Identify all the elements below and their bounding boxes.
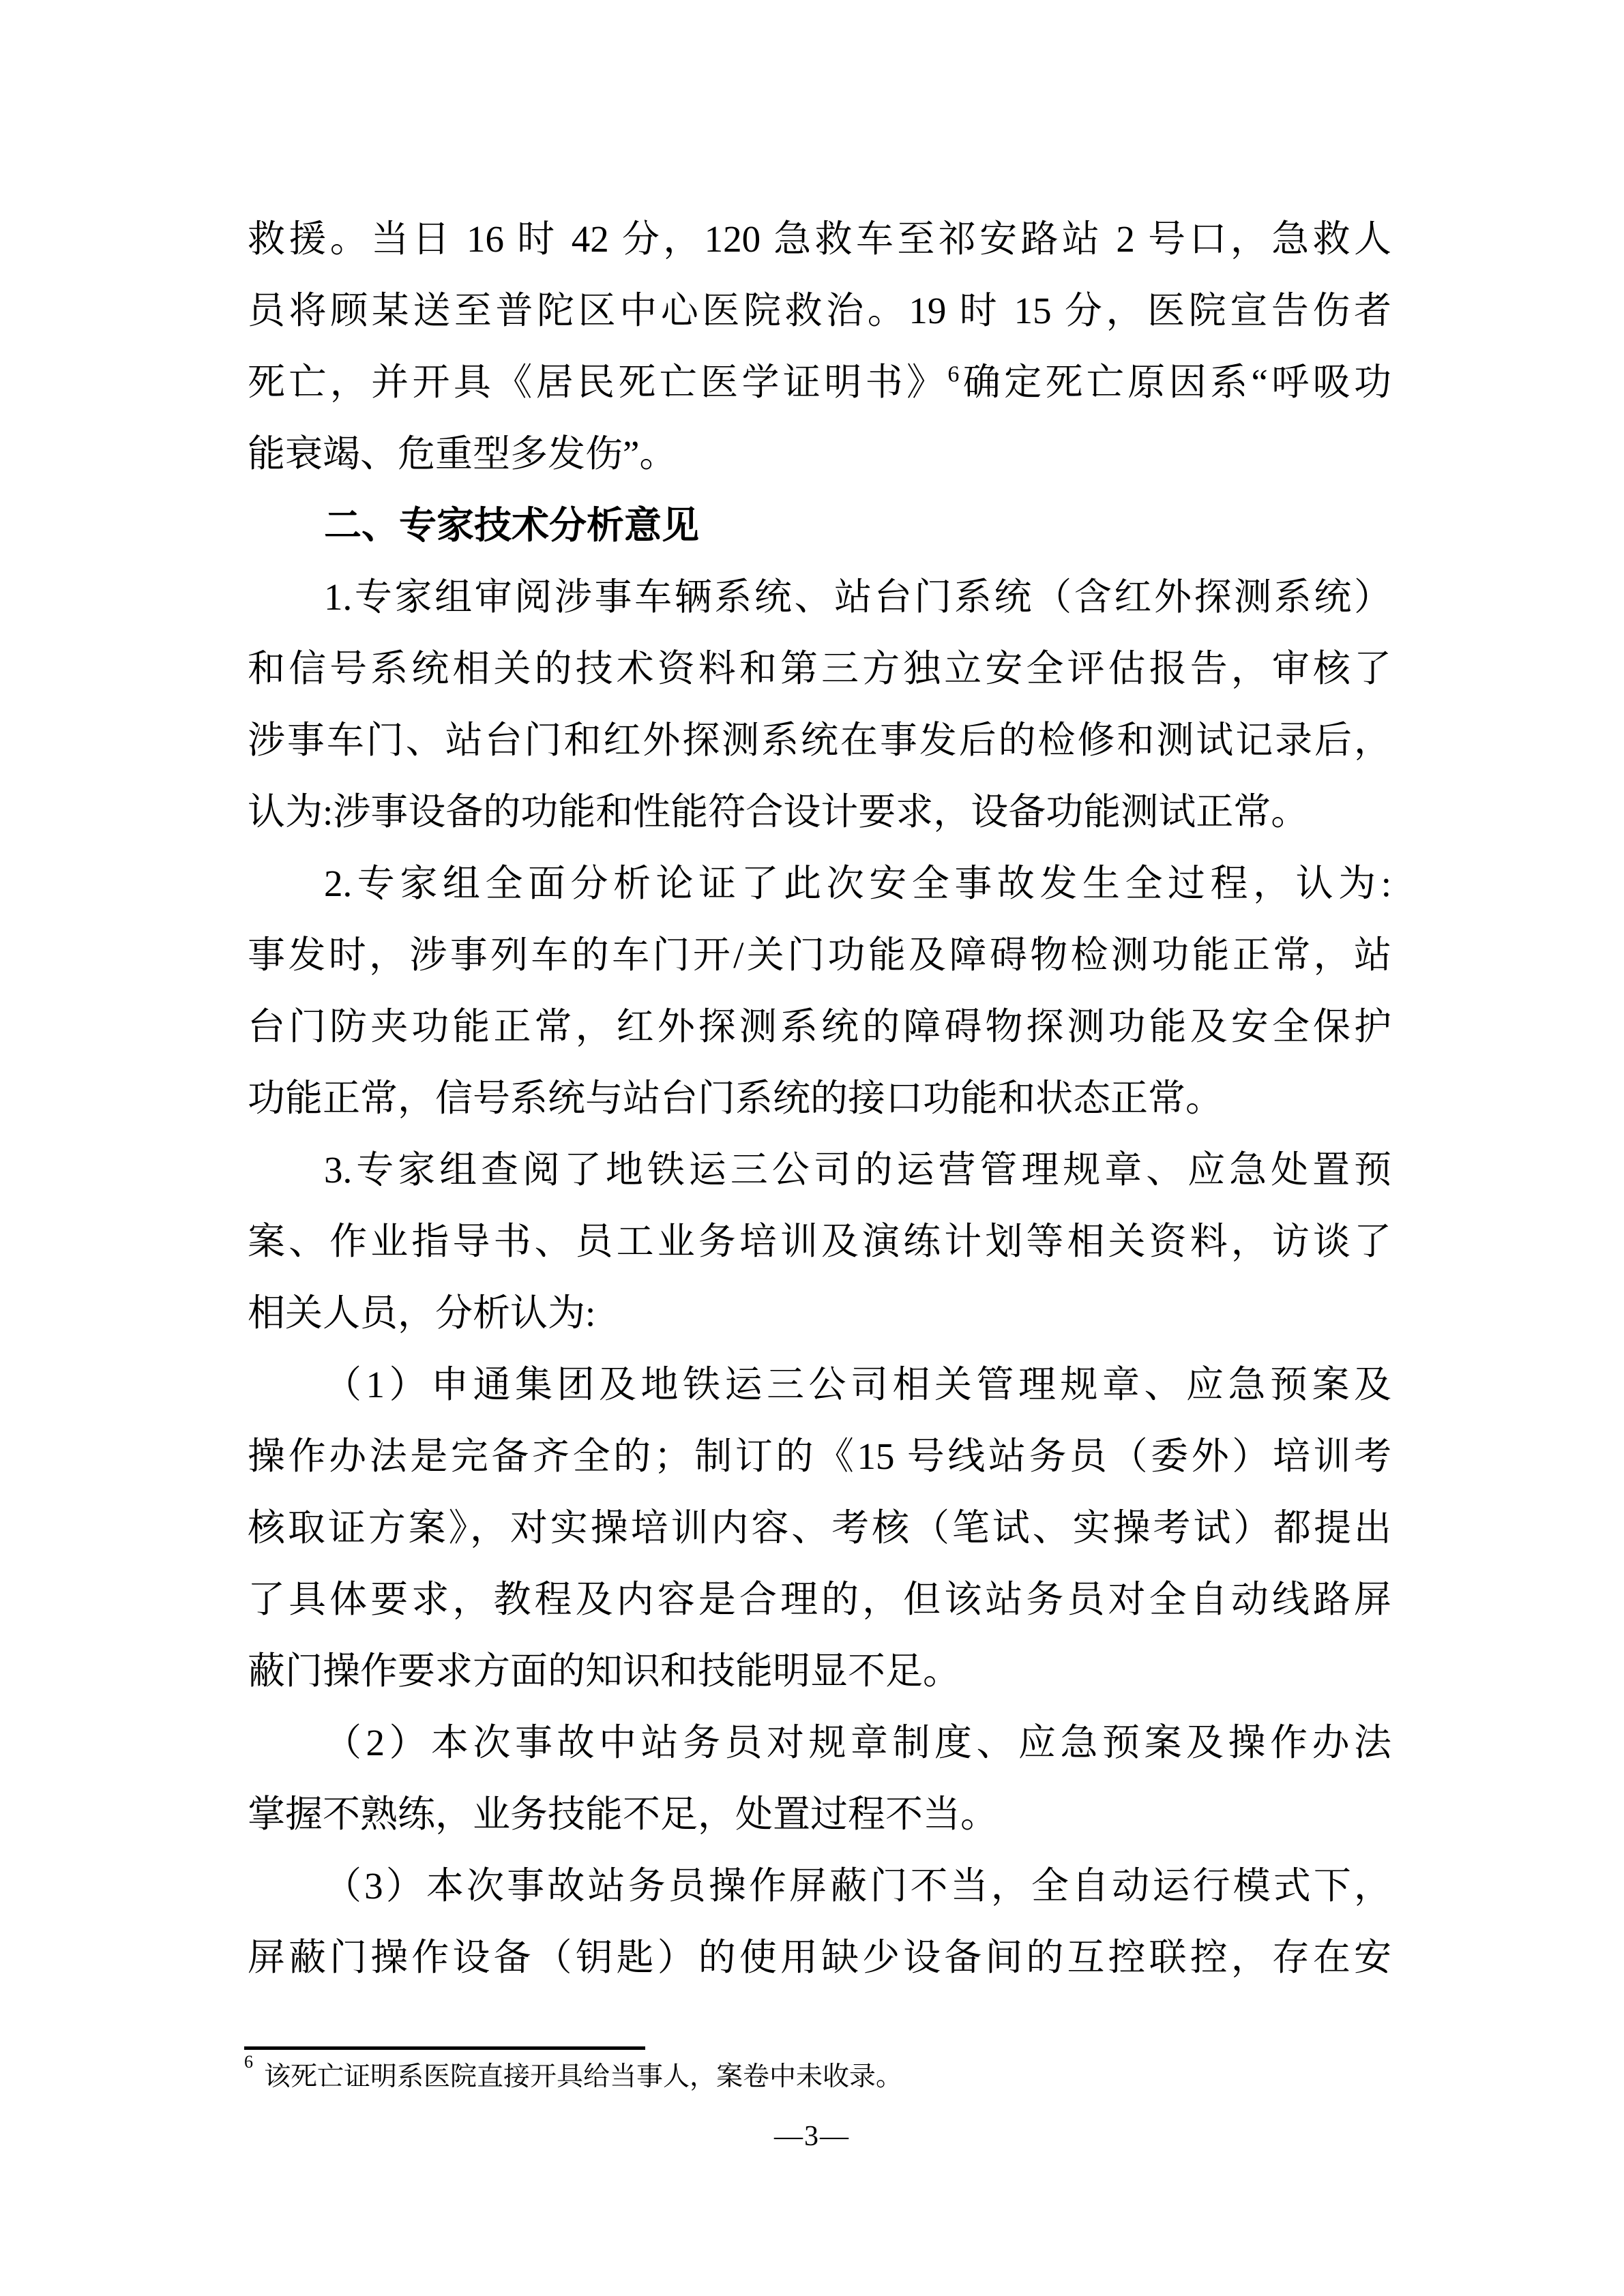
text-line: 员将顾某送至普陀区中心医院救治。19 时 15 分，医院宣告伤者 — [248, 275, 1391, 346]
text-line: 3.专家组查阅了地铁运三公司的运营管理规章、应急处置预 — [248, 1134, 1391, 1206]
footnote-marker: 6 — [244, 2052, 253, 2072]
paragraph: 1.专家组审阅涉事车辆系统、站台门系统（含红外探测系统）和信号系统相关的技术资料… — [248, 561, 1391, 848]
text-line: 认为:涉事设备的功能和性能符合设计要求，设备功能测试正常。 — [248, 776, 1391, 848]
text-line: 1.专家组审阅涉事车辆系统、站台门系统（含红外探测系统） — [248, 561, 1391, 633]
text-segment: 确定死亡原因系“呼吸功 — [959, 361, 1391, 403]
text-line: 核取证方案》，对实操培训内容、考核（笔试、实操考试）都提出 — [248, 1492, 1391, 1564]
text-line: 功能正常，信号系统与站台门系统的接口功能和状态正常。 — [248, 1062, 1391, 1134]
text-line: （2）本次事故中站务员对规章制度、应急预案及操作办法 — [248, 1707, 1391, 1778]
paragraph: （1）申通集团及地铁运三公司相关管理规章、应急预案及操作办法是完备齐全的；制订的… — [248, 1349, 1391, 1707]
text-line: 和信号系统相关的技术资料和第三方独立安全评估报告，审核了 — [248, 633, 1391, 704]
paragraph: 2.专家组全面分析论证了此次安全事故发生全过程，认为:事发时，涉事列车的车门开/… — [248, 848, 1391, 1134]
footnote: 6该死亡证明系医院直接开具给当事人，案卷中未收录。 — [244, 2058, 1404, 2096]
text-line: 2.专家组全面分析论证了此次安全事故发生全过程，认为: — [248, 848, 1391, 919]
paragraph: 救援。当日 16 时 42 分，120 急救车至祁安路站 2 号口，急救人员将顾… — [248, 203, 1391, 490]
text-line: 二、专家技术分析意见 — [248, 490, 1391, 561]
text-line: 相关人员，分析认为: — [248, 1277, 1391, 1349]
text-line: 屏蔽门操作设备（钥匙）的使用缺少设备间的互控联控，存在安 — [248, 1922, 1391, 1993]
paragraph: （3）本次事故站务员操作屏蔽门不当，全自动运行模式下，屏蔽门操作设备（钥匙）的使… — [248, 1850, 1391, 1993]
text-line: 涉事车门、站台门和红外探测系统在事发后的检修和测试记录后， — [248, 704, 1391, 776]
document-page: 救援。当日 16 时 42 分，120 急救车至祁安路站 2 号口，急救人员将顾… — [0, 0, 1624, 2296]
footnote-separator — [244, 2046, 645, 2050]
document-content: 救援。当日 16 时 42 分，120 急救车至祁安路站 2 号口，急救人员将顾… — [248, 203, 1391, 1993]
footnote-reference: 6 — [947, 362, 959, 387]
paragraph: 3.专家组查阅了地铁运三公司的运营管理规章、应急处置预案、作业指导书、员工业务培… — [248, 1134, 1391, 1349]
footnote-text: 该死亡证明系医院直接开具给当事人，案卷中未收录。 — [264, 2062, 902, 2091]
text-line: 蔽门操作要求方面的知识和技能明显不足。 — [248, 1635, 1391, 1707]
text-line: 救援。当日 16 时 42 分，120 急救车至祁安路站 2 号口，急救人 — [248, 203, 1391, 275]
page-number: —3— — [0, 2117, 1624, 2156]
text-line: 操作办法是完备齐全的；制订的《15 号线站务员（委外）培训考 — [248, 1420, 1391, 1492]
text-line: 台门防夹功能正常，红外探测系统的障碍物探测功能及安全保护 — [248, 991, 1391, 1062]
text-line: 死亡，并开具《居民死亡医学证明书》6确定死亡原因系“呼吸功 — [248, 346, 1391, 418]
text-line: （1）申通集团及地铁运三公司相关管理规章、应急预案及 — [248, 1349, 1391, 1420]
text-line: （3）本次事故站务员操作屏蔽门不当，全自动运行模式下， — [248, 1850, 1391, 1922]
text-line: 案、作业指导书、员工业务培训及演练计划等相关资料，访谈了 — [248, 1206, 1391, 1277]
paragraph: （2）本次事故中站务员对规章制度、应急预案及操作办法掌握不熟练，业务技能不足，处… — [248, 1707, 1391, 1850]
text-segment: 死亡，并开具《居民死亡医学证明书》 — [248, 361, 947, 403]
section-heading: 二、专家技术分析意见 — [248, 490, 1391, 561]
text-line: 能衰竭、危重型多发伤”。 — [248, 418, 1391, 490]
text-line: 掌握不熟练，业务技能不足，处置过程不当。 — [248, 1778, 1391, 1850]
text-line: 事发时，涉事列车的车门开/关门功能及障碍物检测功能正常，站 — [248, 919, 1391, 991]
text-line: 了具体要求，教程及内容是合理的，但该站务员对全自动线路屏 — [248, 1564, 1391, 1635]
